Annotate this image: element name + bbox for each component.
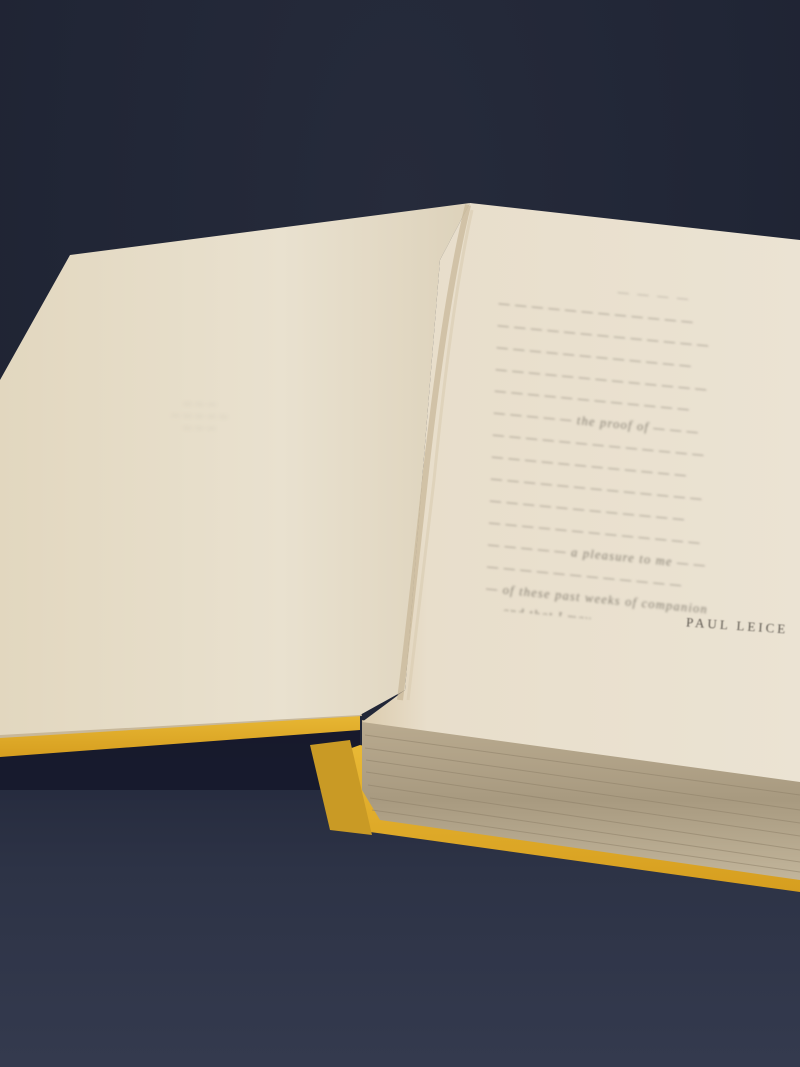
photo-scene: — — — — — — — — — — — — — — — — — — — — … [0, 0, 800, 1067]
left-page-title: — — — — — — — — — — — [140, 396, 261, 435]
left-page [0, 203, 470, 735]
right-page-text: — — — — — — — — — — — — — — — — — — — — … [485, 270, 800, 639]
